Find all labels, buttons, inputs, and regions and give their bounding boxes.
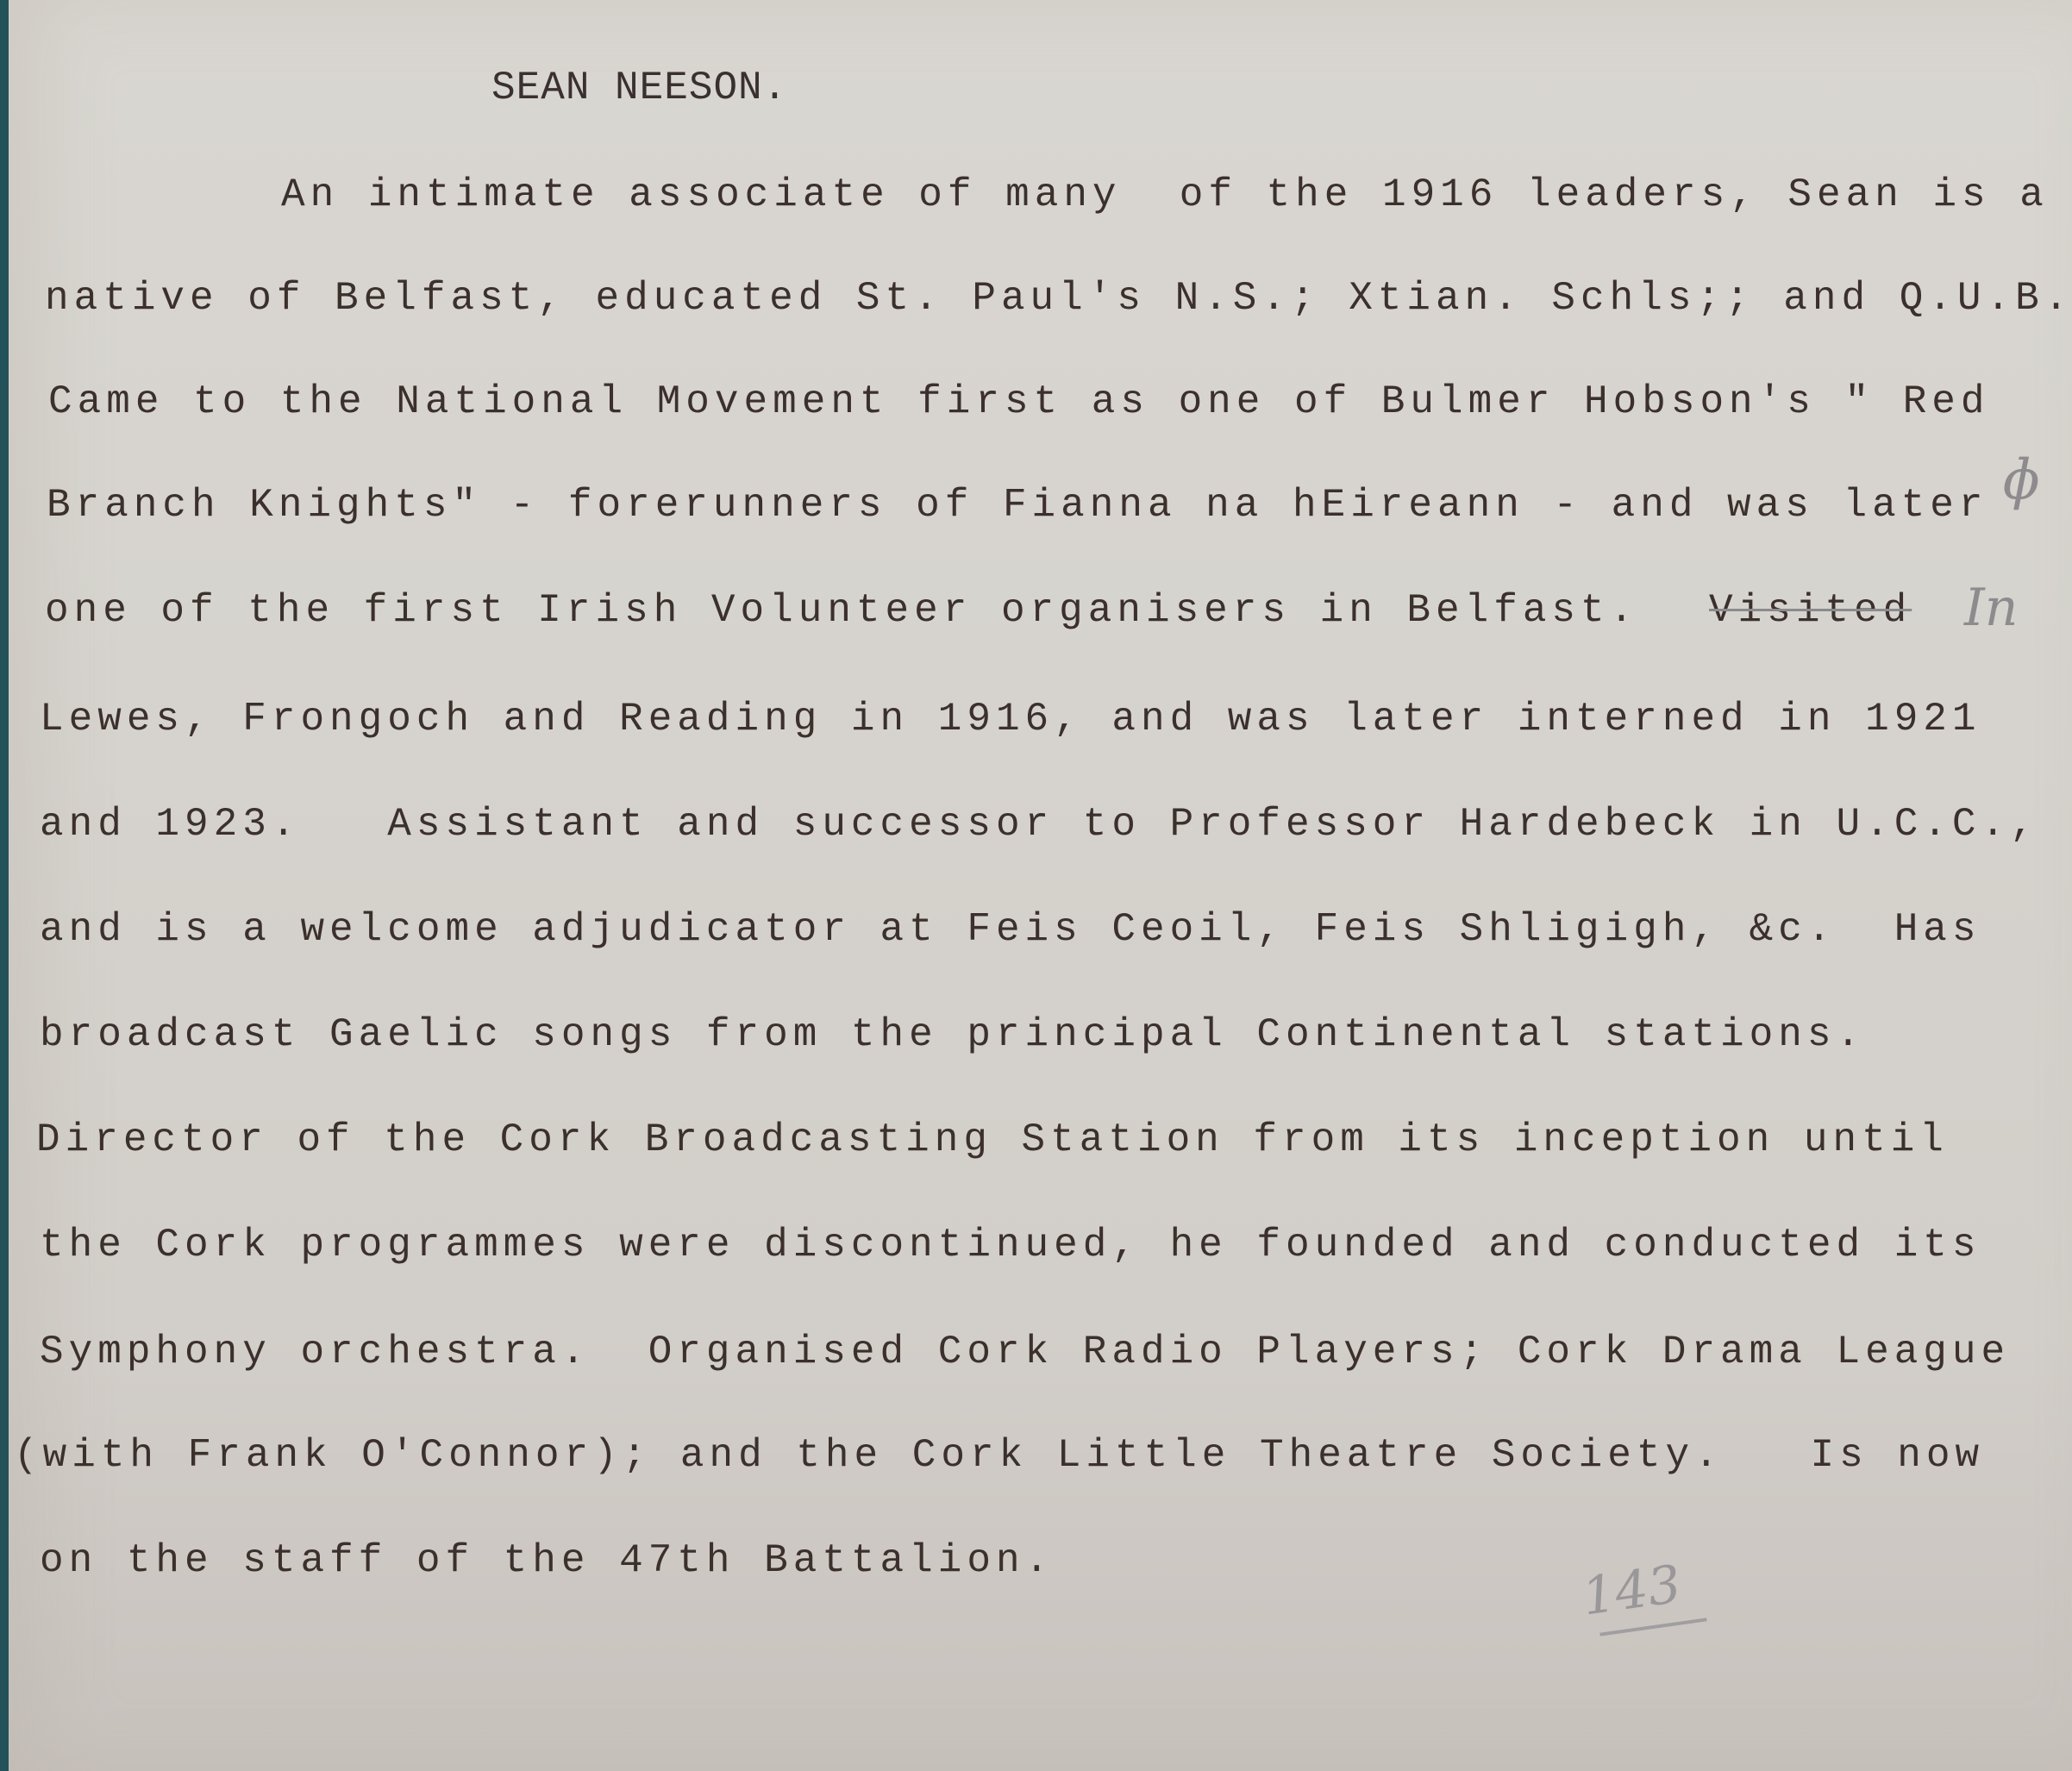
text-line-14: on the staff of the 47th Battalion. [40, 1538, 1054, 1583]
text-line-1: An intimate associate of many of the 191… [281, 172, 2049, 217]
text-line-4: Branch Knights" - forerunners of Fianna … [47, 483, 1988, 528]
handwritten-insertion: In [1964, 578, 2018, 638]
handwritten-margin-mark: ɸ [2002, 448, 2040, 512]
text-line-11: the Cork programmes were discontinued, h… [40, 1223, 1981, 1267]
text-line-8: and is a welcome adjudicator at Feis Ceo… [40, 907, 1981, 952]
text-line-7: and 1923. Assistant and successor to Pro… [40, 802, 2039, 847]
text-line-2: native of Belfast, educated St. Paul's N… [45, 276, 2072, 321]
text-line-13: (with Frank O'Connor); and the Cork Litt… [14, 1433, 1984, 1478]
text-line-5: one of the first Irish Volunteer organis… [45, 588, 1638, 633]
text-line-10: Director of the Cork Broadcasting Statio… [36, 1117, 1949, 1162]
text-line-6: Lewes, Frongoch and Reading in 1916, and… [40, 697, 1981, 742]
handwritten-page-number: 143 [1579, 1554, 1685, 1627]
struck-word: Visited [1709, 588, 1912, 633]
text-line-9: broadcast Gaelic songs from the principa… [40, 1012, 1865, 1057]
text-line-3: Came to the National Movement first as o… [48, 379, 1990, 424]
text-line-12: Symphony orchestra. Organised Cork Radio… [40, 1330, 2010, 1374]
document-title: SEAN NEESON. [491, 66, 787, 110]
document-page: SEAN NEESON. An intimate associate of ma… [9, 0, 2072, 1771]
